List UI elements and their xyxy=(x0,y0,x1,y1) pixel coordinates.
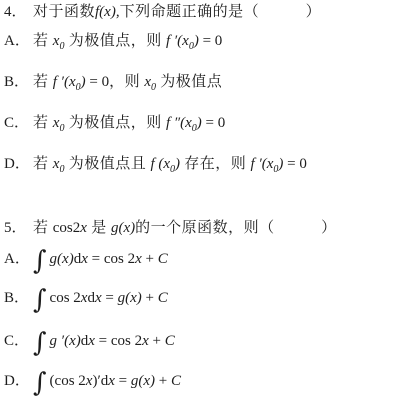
item-label: 5． xyxy=(4,219,33,238)
item-label: D． xyxy=(4,372,33,391)
question-4-option-a: A．若 x0 为极值点，则 f ′(x0) = 0 xyxy=(4,32,222,56)
item-label: C． xyxy=(4,114,33,133)
text-run: 是 xyxy=(87,220,111,236)
math-upright-run: = cos 2 xyxy=(95,333,142,349)
text-run: 为极值点，则 xyxy=(64,115,166,131)
text-run: 若 xyxy=(33,156,53,172)
math-italic-run: g ′(x) xyxy=(50,333,81,349)
math-italic-run: f ″(x xyxy=(166,115,192,131)
item-label: C． xyxy=(4,332,33,351)
math-italic-run: x xyxy=(80,220,87,236)
text-run: 下列命题正确的是（ ） xyxy=(120,4,322,20)
math-upright-run: = 0 xyxy=(199,33,222,49)
math-upright-run: = cos 2 xyxy=(88,251,135,267)
text-run: 若 xyxy=(33,74,53,90)
question-4-stem: 4．对于函数f(x),下列命题正确的是（ ） xyxy=(4,3,321,22)
math-italic-run: g(x) xyxy=(131,373,155,389)
math-italic-run: f ′(x xyxy=(53,74,76,90)
math-upright-run: = xyxy=(102,290,118,306)
math-upright-run: = xyxy=(115,373,131,389)
question-5-option-b: B．∫cos 2xdx = g(x) + C xyxy=(4,289,168,308)
math-italic-run: x xyxy=(81,251,88,267)
question-5-stem: 5．若 cos2x 是 g(x)的一个原函数，则（ ） xyxy=(4,219,337,238)
text-run: 为极值点 xyxy=(156,74,222,90)
math-italic-run: x xyxy=(108,373,115,389)
question-5-option-d: D．∫(cos 2x)′dx = g(x) + C xyxy=(4,372,181,391)
integral-icon: ∫ xyxy=(33,328,47,358)
math-italic-run: x xyxy=(135,251,142,267)
math-italic-run: x xyxy=(88,333,95,349)
integral-icon: ∫ xyxy=(33,285,47,315)
math-italic-run: C xyxy=(158,290,168,306)
text-run: 对于函数 xyxy=(33,4,95,20)
math-upright-run: (cos 2 xyxy=(50,373,86,389)
math-upright-run: + xyxy=(142,251,158,267)
item-label: 4． xyxy=(4,3,33,22)
math-italic-run: f ′(x xyxy=(166,33,189,49)
item-label: A． xyxy=(4,250,33,269)
item-label: B． xyxy=(4,73,33,92)
math-italic-run: f ′(x xyxy=(251,156,274,172)
text-run: 若 xyxy=(33,33,53,49)
math-upright-run: + xyxy=(149,333,165,349)
question-5-option-a: A．∫g(x)dx = cos 2x + C xyxy=(4,250,168,269)
math-italic-run: C xyxy=(158,251,168,267)
item-label: A． xyxy=(4,32,33,51)
math-upright-run: = 0 xyxy=(202,115,225,131)
math-upright-run: + xyxy=(142,290,158,306)
math-italic-run: C xyxy=(171,373,181,389)
math-italic-run: x xyxy=(142,333,149,349)
exam-document: 4．对于函数f(x),下列命题正确的是（ ） A．若 x0 为极值点，则 f ′… xyxy=(0,0,413,403)
question-4-option-d: D．若 x0 为极值点且 f (x0) 存在，则 f ′(x0) = 0 xyxy=(4,155,307,179)
math-italic-run: f (x xyxy=(150,156,170,172)
math-italic-run: C xyxy=(165,333,175,349)
text-run: 的一个原函数，则（ ） xyxy=(135,220,337,236)
math-italic-run: x xyxy=(95,290,102,306)
math-upright-run: + xyxy=(155,373,171,389)
text-run: 为极值点，则 xyxy=(64,33,166,49)
math-italic-run: g(x) xyxy=(50,251,74,267)
math-upright-run: = 0 xyxy=(283,156,306,172)
integral-icon: ∫ xyxy=(33,368,47,398)
text-run: 若 xyxy=(33,115,53,131)
text-run: ，则 xyxy=(109,74,144,90)
integral-icon: ∫ xyxy=(33,246,47,276)
math-upright-run: cos 2 xyxy=(50,290,81,306)
math-upright-run: cos2 xyxy=(53,220,81,236)
text-run: 存在，则 xyxy=(180,156,251,172)
math-upright-run: = 0 xyxy=(86,74,109,90)
math-italic-run: f(x) xyxy=(95,4,116,20)
text-run: 为极值点且 xyxy=(64,156,150,172)
item-label: B． xyxy=(4,289,33,308)
math-italic-run: g(x) xyxy=(118,290,142,306)
math-italic-run: g(x) xyxy=(111,220,135,236)
question-4-option-b: B．若 f ′(x0) = 0，则 x0 为极值点 xyxy=(4,73,222,97)
math-upright-run: )′d xyxy=(92,373,108,389)
math-upright-run: d xyxy=(87,290,95,306)
question-4-option-c: C．若 x0 为极值点，则 f ″(x0) = 0 xyxy=(4,114,225,138)
text-run: 若 xyxy=(33,220,53,236)
question-5-option-c: C．∫g ′(x)dx = cos 2x + C xyxy=(4,332,175,351)
item-label: D． xyxy=(4,155,33,174)
